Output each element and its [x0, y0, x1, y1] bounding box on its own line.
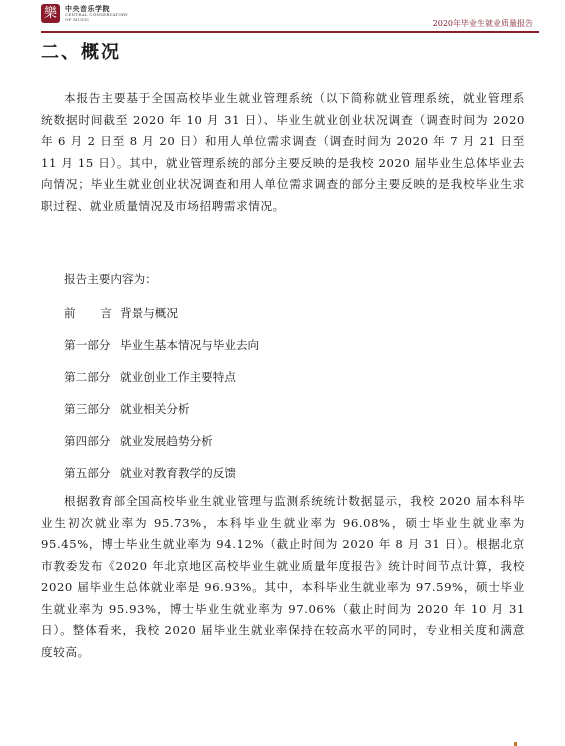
toc-item-name: 就业发展趋势分析: [120, 433, 213, 465]
toc-part-label: 第三部分: [64, 401, 116, 433]
toc-item-name: 就业创业工作主要特点: [120, 369, 236, 401]
toc-part-char: 言: [100, 305, 112, 337]
toc-item-name: 毕业生基本情况与毕业去向: [120, 337, 259, 369]
toc-part-label: 第一部分: [64, 337, 116, 369]
toc-item-name: 背景与概况: [120, 305, 178, 337]
toc-item: 第四部分 就业发展趋势分析: [64, 433, 259, 465]
toc-item-name: 就业相关分析: [120, 401, 190, 433]
school-name-en-line2: OF MUSIC: [65, 18, 128, 22]
toc-item: 第一部分 毕业生基本情况与毕业去向: [64, 337, 259, 369]
toc-item: 第三部分 就业相关分析: [64, 401, 259, 433]
intro-paragraph: 本报告主要基于全国高校毕业生就业管理系统（以下简称就业管理系统，就业管理系统数据…: [41, 88, 525, 217]
employment-rate-paragraph: 根据教育部全国高校毕业生就业管理与监测系统统计数据显示，我校 2020 届本科毕…: [41, 491, 525, 663]
section-title: 二、概况: [41, 38, 121, 64]
seal-icon: 樂: [41, 4, 60, 23]
school-name-cn: 中央音乐学院: [65, 5, 128, 12]
toc-part-label: 第四部分: [64, 433, 116, 465]
toc-item-preface: 前 言 背景与概况: [64, 305, 259, 337]
page-header: 樂 中央音乐学院 CENTRAL CONSERVATORY OF MUSIC 2…: [41, 4, 539, 30]
toc-item: 第二部分 就业创业工作主要特点: [64, 369, 259, 401]
toc-part-char: 前: [64, 305, 76, 337]
logo-text: 中央音乐学院 CENTRAL CONSERVATORY OF MUSIC: [65, 5, 128, 22]
page-corner-mark: [514, 742, 517, 746]
report-title: 2020年毕业生就业质量报告: [433, 18, 533, 29]
toc-part-label: 第二部分: [64, 369, 116, 401]
contents-list: 前 言 背景与概况 第一部分 毕业生基本情况与毕业去向 第二部分 就业创业工作主…: [64, 305, 259, 497]
toc-part-label: 前 言: [64, 305, 112, 337]
toc-intro: 报告主要内容为：: [64, 271, 157, 287]
school-logo: 樂 中央音乐学院 CENTRAL CONSERVATORY OF MUSIC: [41, 4, 128, 23]
header-divider: [41, 31, 539, 33]
